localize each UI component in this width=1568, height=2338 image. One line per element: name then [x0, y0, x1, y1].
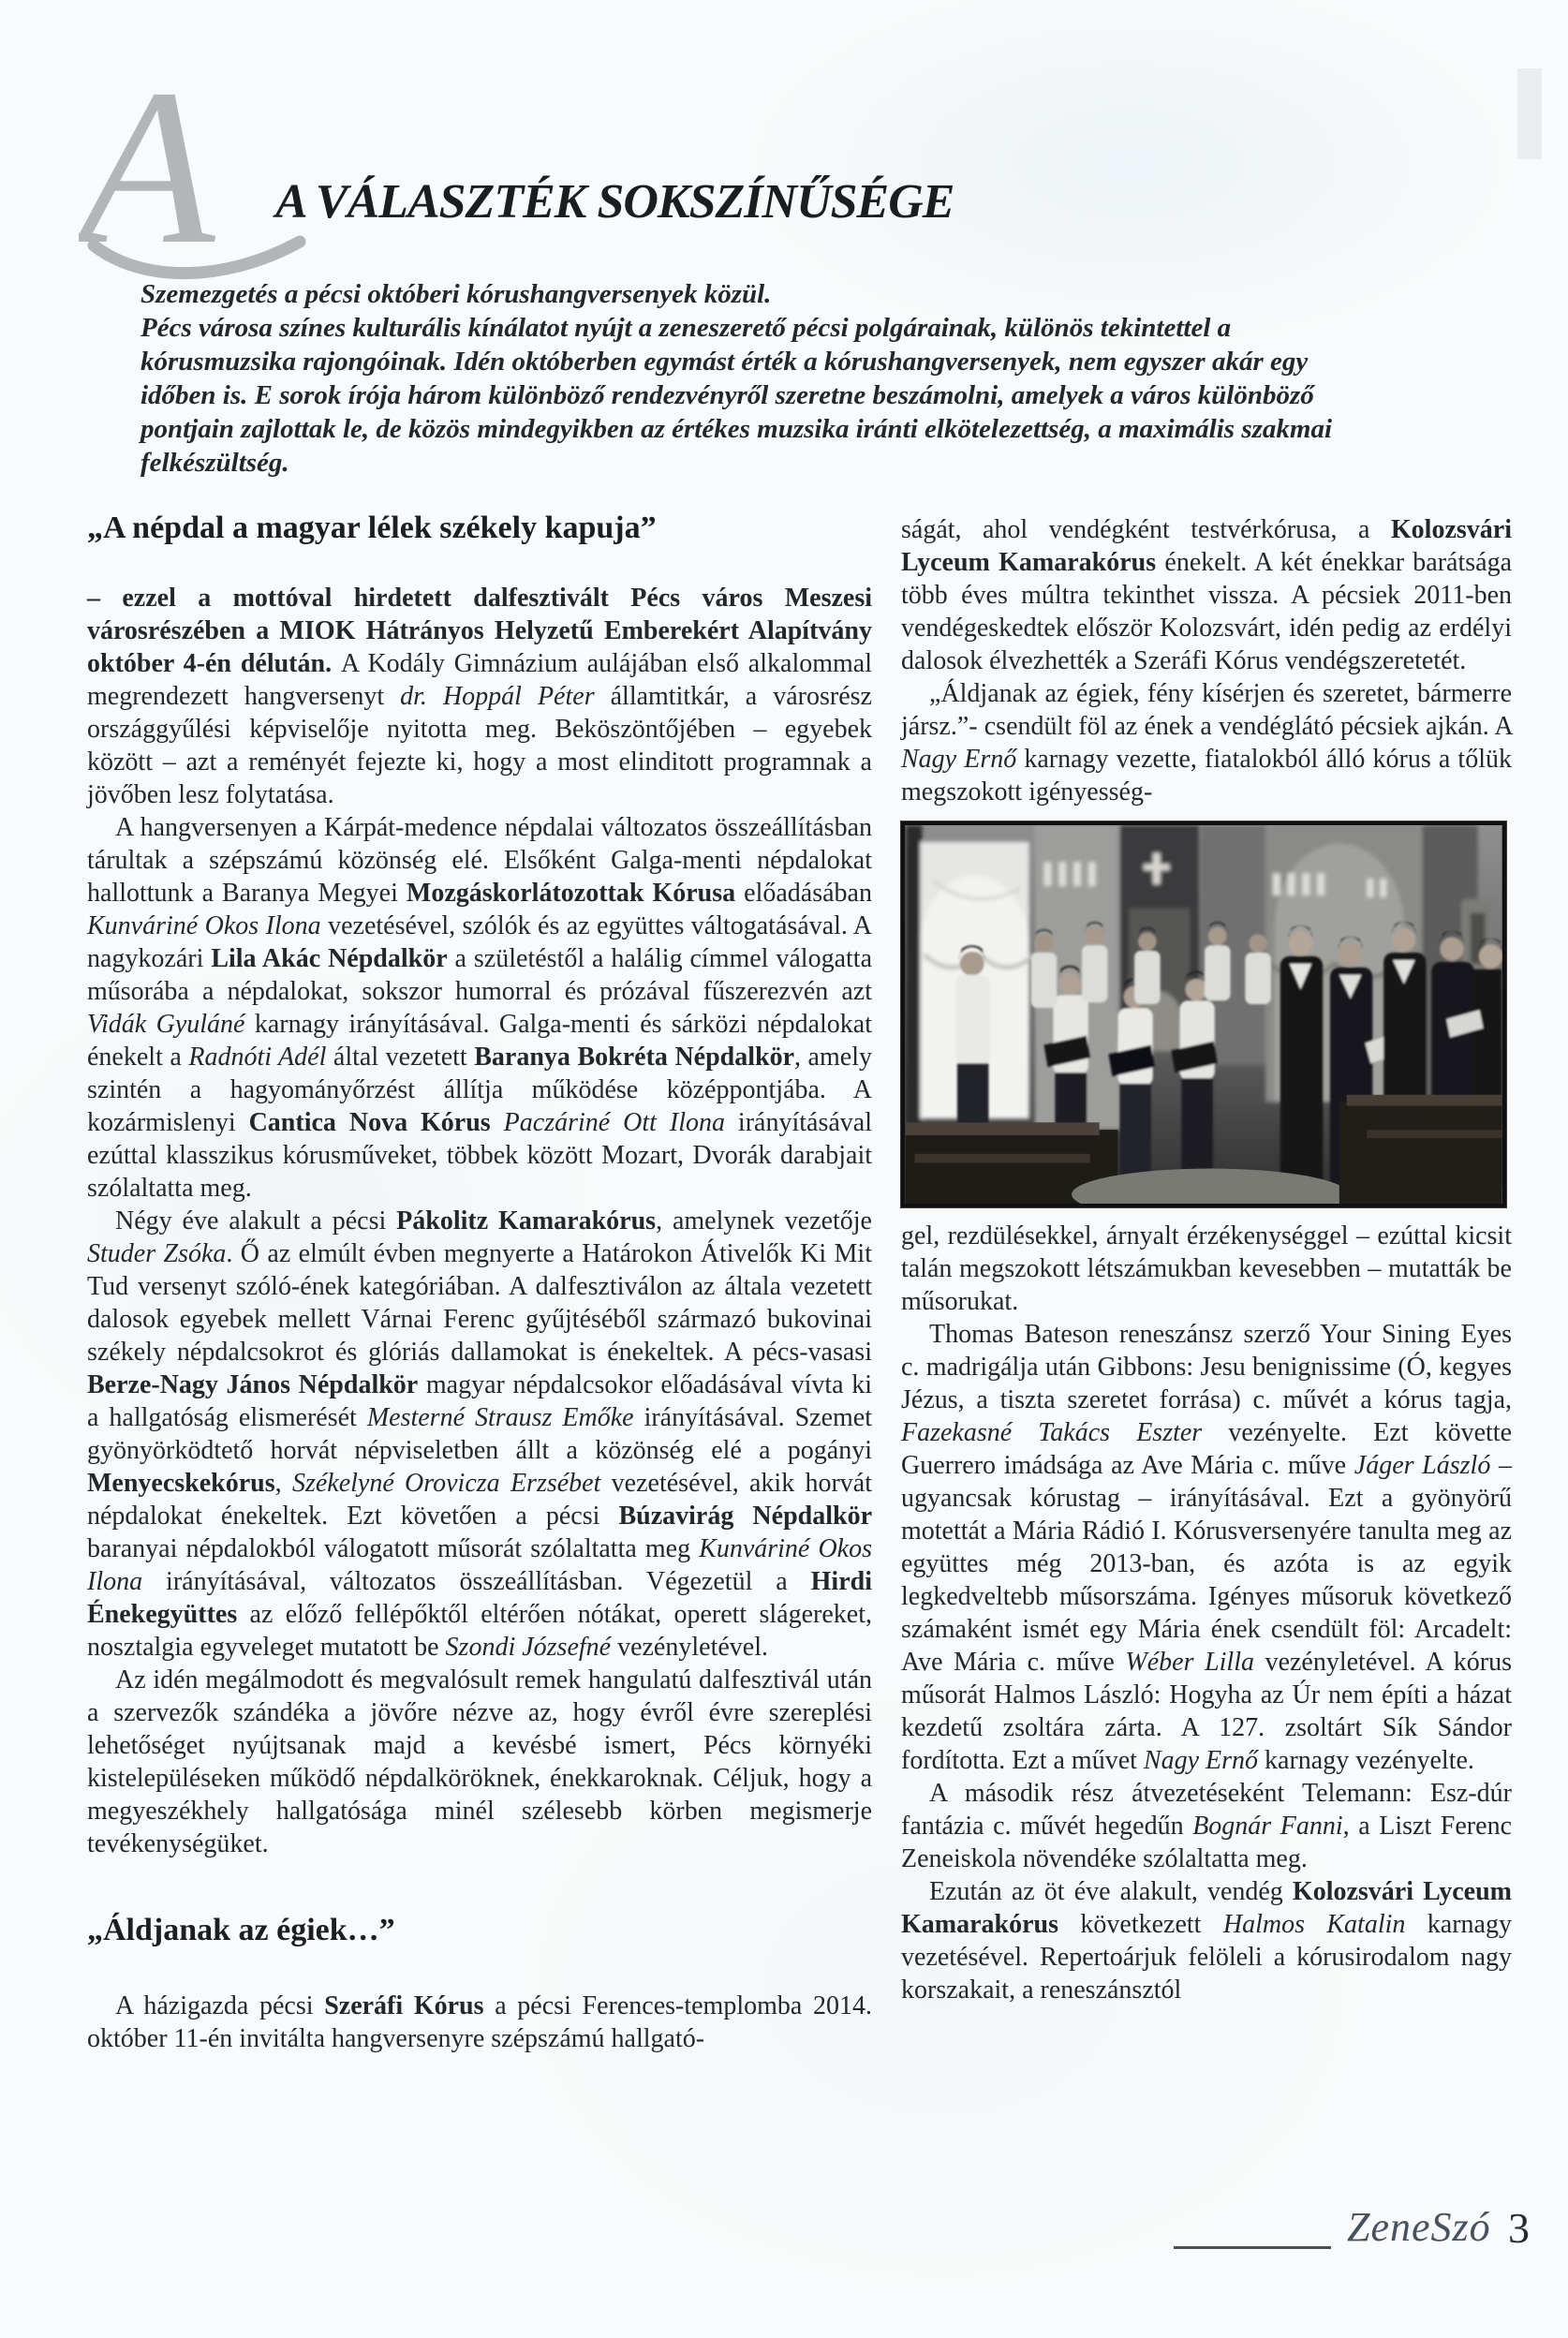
- article-title: A VÁLASZTÉK SOKSZÍNŰSÉGE: [275, 174, 954, 229]
- paragraph: – ezzel a mottóval hirdetett dalfesztivá…: [87, 582, 872, 811]
- footer-rule: [1174, 2246, 1331, 2249]
- lead-first-line: Szemezgetés a pécsi októberi kórushangve…: [141, 277, 1358, 311]
- choir-photo: [901, 821, 1506, 1207]
- section1-heading: „A népdal a magyar lélek székely kapuja”: [87, 509, 872, 548]
- paragraph: ságát, ahol vendégként testvérkórusa, a …: [901, 513, 1512, 677]
- magazine-logo: ZeneSzó: [1347, 2203, 1491, 2251]
- right-column: ságát, ahol vendégként testvérkórusa, a …: [901, 513, 1512, 2006]
- scan-artifact: [1517, 68, 1542, 159]
- section2-heading: „Áldjanak az égiek…”: [87, 1911, 872, 1950]
- paragraph: Négy éve alakult a pécsi Pákolitz Kamara…: [87, 1205, 872, 1664]
- left-column: „A népdal a magyar lélek székely kapuja”…: [87, 509, 872, 2055]
- lead-paragraph: Szemezgetés a pécsi októberi kórushangve…: [141, 277, 1358, 480]
- paragraph: „Áldjanak az égiek, fény kísérjen és sze…: [901, 677, 1512, 808]
- paragraph: Az idén megálmodott és megvalósult remek…: [87, 1664, 872, 1860]
- paragraph: Ezután az öt éve alakult, vendég Kolozsv…: [901, 1875, 1512, 2006]
- page-number: 3: [1508, 2203, 1530, 2253]
- paragraph: Thomas Bateson reneszánsz szerző Your Si…: [901, 1318, 1512, 1777]
- paragraph: A házigazda pécsi Szeráfi Kórus a pécsi …: [87, 1990, 872, 2055]
- paragraph: gel, rezdülésekkel, árnyalt érzékenységg…: [901, 1220, 1512, 1318]
- paragraph: A második rész átvezetéseként Telemann: …: [901, 1777, 1512, 1875]
- lead-body: Pécs városa színes kulturális kínálatot …: [141, 311, 1358, 480]
- paragraph: A hangversenyen a Kárpát-medence népdala…: [87, 811, 872, 1205]
